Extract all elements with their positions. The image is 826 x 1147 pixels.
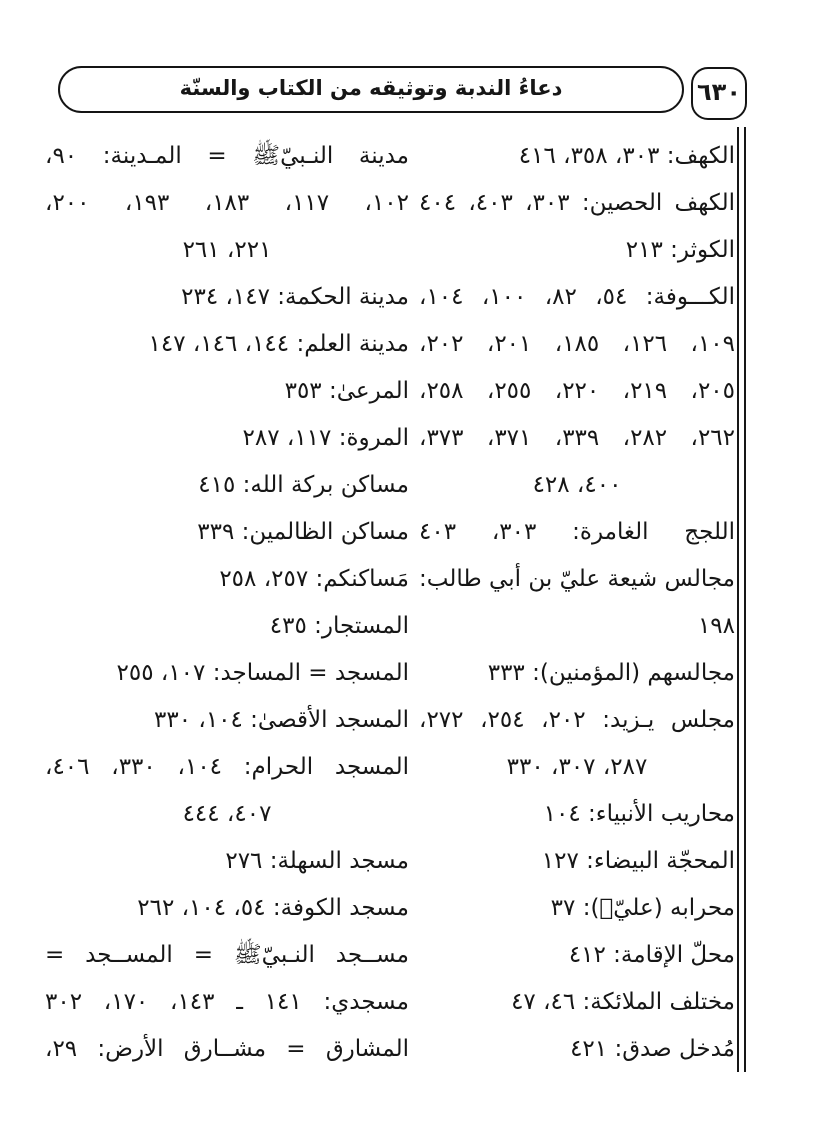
index-entry: مسجد السهلة: ٢٧٦ (45, 838, 409, 885)
index-entry: محرابه (عليّؑ): ٣٧ (419, 885, 735, 932)
index-entry: المسجد الأقصىٰ: ١٠٤، ٣٣٠ (45, 697, 409, 744)
index-entry: مجلس يـزيد: ٢٠٢، ٢٥٤، ٢٧٢، (419, 697, 735, 744)
index-entry: مسجد الكوفة: ٥٤، ١٠٤، ٢٦٢ (45, 885, 409, 932)
index-entry: الكـــوفة: ٥٤، ٨٢، ١٠٠، ١٠٤، (419, 274, 735, 321)
index-entry: محلّ الإقامة: ٤١٢ (419, 932, 735, 979)
index-entry-continuation: ٤٠٧، ٤٤٤ (45, 791, 409, 838)
index-entry: المسجد = المساجد: ١٠٧، ٢٥٥ (45, 650, 409, 697)
index-entry: مساكن الظالمين: ٣٣٩ (45, 509, 409, 556)
index-entry: محاريب الأنبياء: ١٠٤ (419, 791, 735, 838)
index-entry: الكهف: ٣٠٣، ٣٥٨، ٤١٦ (419, 133, 735, 180)
index-entry-continuation: ١٠٩، ١٢٦، ١٨٥، ٢٠١، ٢٠٢، (419, 321, 735, 368)
index-entry: اللجج الغامرة: ٣٠٣، ٤٠٣ (419, 509, 735, 556)
index-entry: مساكن بركة الله: ٤١٥ (45, 462, 409, 509)
index-entry: مُدخل صدق: ٤٢١ (419, 1026, 735, 1073)
index-entry: المشارق = مشــارق الأرض: ٢٩، (45, 1026, 409, 1073)
index-entry: مجالسهم (المؤمنين): ٣٣٣ (419, 650, 735, 697)
book-page: دعاءُ الندبة وتوثيقه من الكتاب والسنّة ٦… (0, 0, 826, 1147)
index-entry: مجالس شيعة عليّ بن أبي طالب: (419, 556, 735, 603)
page-title: دعاءُ الندبة وتوثيقه من الكتاب والسنّة (180, 78, 563, 102)
index-column-left: مدينة النـبيّﷺ = المـدينة: ٩٠، ١٠٢، ١١٧،… (45, 133, 409, 1073)
page-number: ٦٣٠ (697, 80, 741, 108)
margin-double-rule (737, 127, 746, 1072)
page-number-badge: ٦٣٠ (691, 67, 747, 120)
index-entry: مدينة العلم: ١٤٤، ١٤٦، ١٤٧ (45, 321, 409, 368)
index-entry: مسجدي: ١٤١ ـ ١٤٣، ١٧٠، ٣٠٢ (45, 979, 409, 1026)
index-entry-continuation: ٢٠٥، ٢١٩، ٢٢٠، ٢٥٥، ٢٥٨، (419, 368, 735, 415)
index-entry: الكهف الحصين: ٣٠٣، ٤٠٣، ٤٠٤ (419, 180, 735, 227)
index-entry: الكوثر: ٢١٣ (419, 227, 735, 274)
index-entry-continuation: ٤٠٠، ٤٢٨ (419, 462, 735, 509)
index-entry: المسجد الحرام: ١٠٤، ٣٣٠، ٤٠٦، (45, 744, 409, 791)
index-entry-continuation: ١٩٨ (419, 603, 735, 650)
index-entry-continuation: ١٠٢، ١١٧، ١٨٣، ١٩٣، ٢٠٠، (45, 180, 409, 227)
index-entry: المروة: ١١٧، ٢٨٧ (45, 415, 409, 462)
index-entry: المرعىٰ: ٣٥٣ (45, 368, 409, 415)
index-entry: مختلف الملائكة: ٤٦، ٤٧ (419, 979, 735, 1026)
index-entry-continuation: ٢٨٧، ٣٠٧، ٣٣٠ (419, 744, 735, 791)
header-title-frame: دعاءُ الندبة وتوثيقه من الكتاب والسنّة (58, 66, 684, 113)
index-entry: المحجّة البيضاء: ١٢٧ (419, 838, 735, 885)
index-entry: مدينة الحكمة: ١٤٧، ٢٣٤ (45, 274, 409, 321)
index-entry: مدينة النـبيّﷺ = المـدينة: ٩٠، (45, 133, 409, 180)
index-entry: المستجار: ٤٣٥ (45, 603, 409, 650)
index-column-right: الكهف: ٣٠٣، ٣٥٨، ٤١٦ الكهف الحصين: ٣٠٣، … (419, 133, 735, 1073)
index-entry: مَساكنكم: ٢٥٧، ٢٥٨ (45, 556, 409, 603)
index-entry-continuation: ٢٦٢، ٢٨٢، ٣٣٩، ٣٧١، ٣٧٣، (419, 415, 735, 462)
index-entry-continuation: ٢٢١، ٢٦١ (45, 227, 409, 274)
index-entry: مســجد النـبيّﷺ = المســجد = (45, 932, 409, 979)
